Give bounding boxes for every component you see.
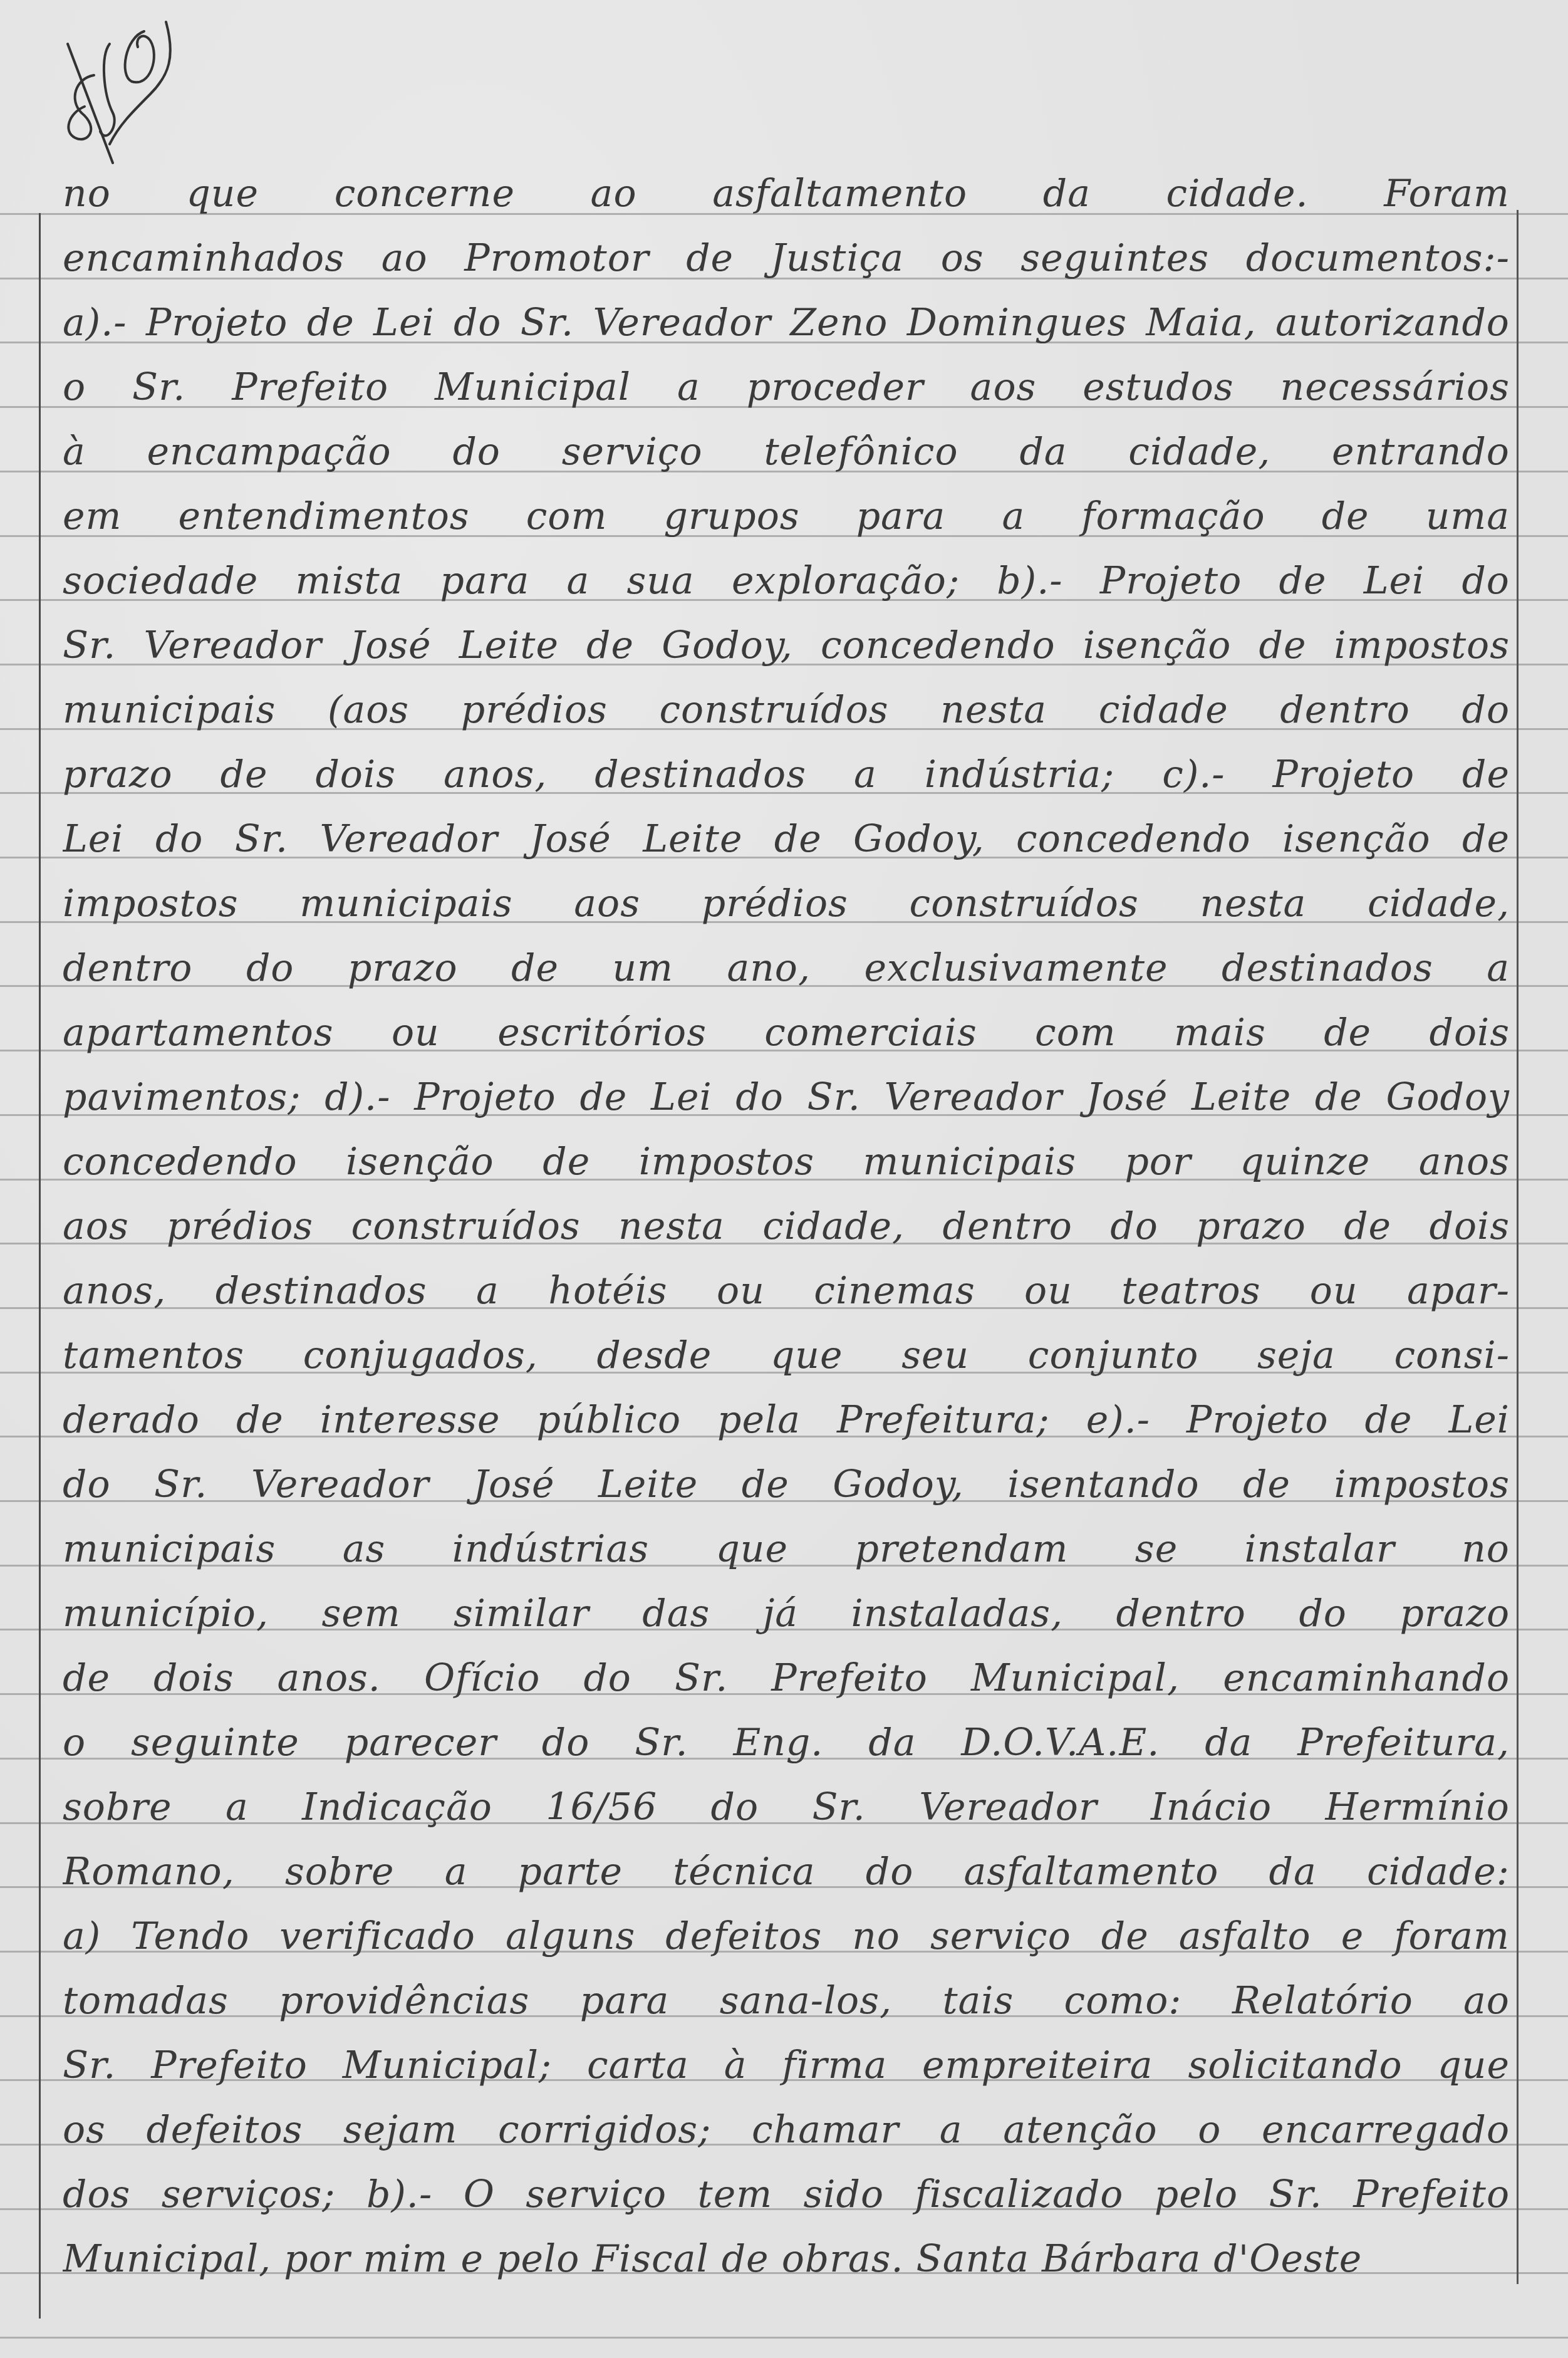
text-line: Municipal, por mim e pelo Fiscal de obra… [63, 2227, 1510, 2292]
text-line: tamentos conjugados, desde que seu conju… [63, 1323, 1510, 1388]
left-margin-line [39, 213, 41, 2319]
text-line: município, sem similar das já instaladas… [63, 1582, 1510, 1646]
text-line: sociedade mista para a sua exploração; b… [63, 549, 1510, 613]
text-line: dos serviços; b).- O serviço tem sido fi… [63, 2162, 1510, 2227]
text-line: aos prédios construídos nesta cidade, de… [63, 1194, 1510, 1259]
right-margin-line [1517, 210, 1519, 2284]
text-line: em entendimentos com grupos para a forma… [63, 484, 1510, 549]
text-line: no que concerne ao asfaltamento da cidad… [63, 162, 1510, 226]
text-line: a).- Projeto de Lei do Sr. Vereador Zeno… [63, 291, 1510, 355]
text-line: municipais as indústrias que pretendam s… [63, 1517, 1510, 1582]
text-line: anos, destinados a hotéis ou cinemas ou … [63, 1259, 1510, 1323]
text-line: Sr. Prefeito Municipal; carta à firma em… [63, 2033, 1510, 2098]
text-line: de dois anos. Ofício do Sr. Prefeito Mun… [63, 1646, 1510, 1711]
folio-rubric-icon [50, 19, 238, 182]
text-line: a) Tendo verificado alguns defeitos no s… [63, 1904, 1510, 1969]
ruled-line [0, 2337, 1568, 2339]
handwritten-text-block: no que concerne ao asfaltamento da cidad… [63, 162, 1510, 2292]
text-line: impostos municipais aos prédios construí… [63, 872, 1510, 936]
text-line: Sr. Vereador José Leite de Godoy, conced… [63, 613, 1510, 678]
text-line: à encampação do serviço telefônico da ci… [63, 420, 1510, 484]
text-line: tomadas providências para sana-los, tais… [63, 1969, 1510, 2033]
text-line: o Sr. Prefeito Municipal a proceder aos … [63, 355, 1510, 420]
text-line: concedendo isenção de impostos municipai… [63, 1130, 1510, 1194]
text-line: encaminhados ao Promotor de Justiça os s… [63, 226, 1510, 291]
text-line: dentro do prazo de um ano, exclusivament… [63, 936, 1510, 1001]
text-line: municipais (aos prédios construídos nest… [63, 678, 1510, 743]
text-line: Lei do Sr. Vereador José Leite de Godoy,… [63, 807, 1510, 872]
text-line: sobre a Indicação 16/56 do Sr. Vereador … [63, 1775, 1510, 1840]
text-line: os defeitos sejam corrigidos; chamar a a… [63, 2098, 1510, 2162]
text-line: apartamentos ou escritórios comerciais c… [63, 1001, 1510, 1065]
text-line: prazo de dois anos, destinados a indústr… [63, 743, 1510, 807]
text-line: derado de interesse público pela Prefeit… [63, 1388, 1510, 1453]
text-line: pavimentos; d).- Projeto de Lei do Sr. V… [63, 1065, 1510, 1130]
document-page: no que concerne ao asfaltamento da cidad… [0, 0, 1568, 2358]
text-line: Romano, sobre a parte técnica do asfalta… [63, 1840, 1510, 1904]
text-line: o seguinte parecer do Sr. Eng. da D.O.V.… [63, 1711, 1510, 1775]
text-line: do Sr. Vereador José Leite de Godoy, ise… [63, 1453, 1510, 1517]
